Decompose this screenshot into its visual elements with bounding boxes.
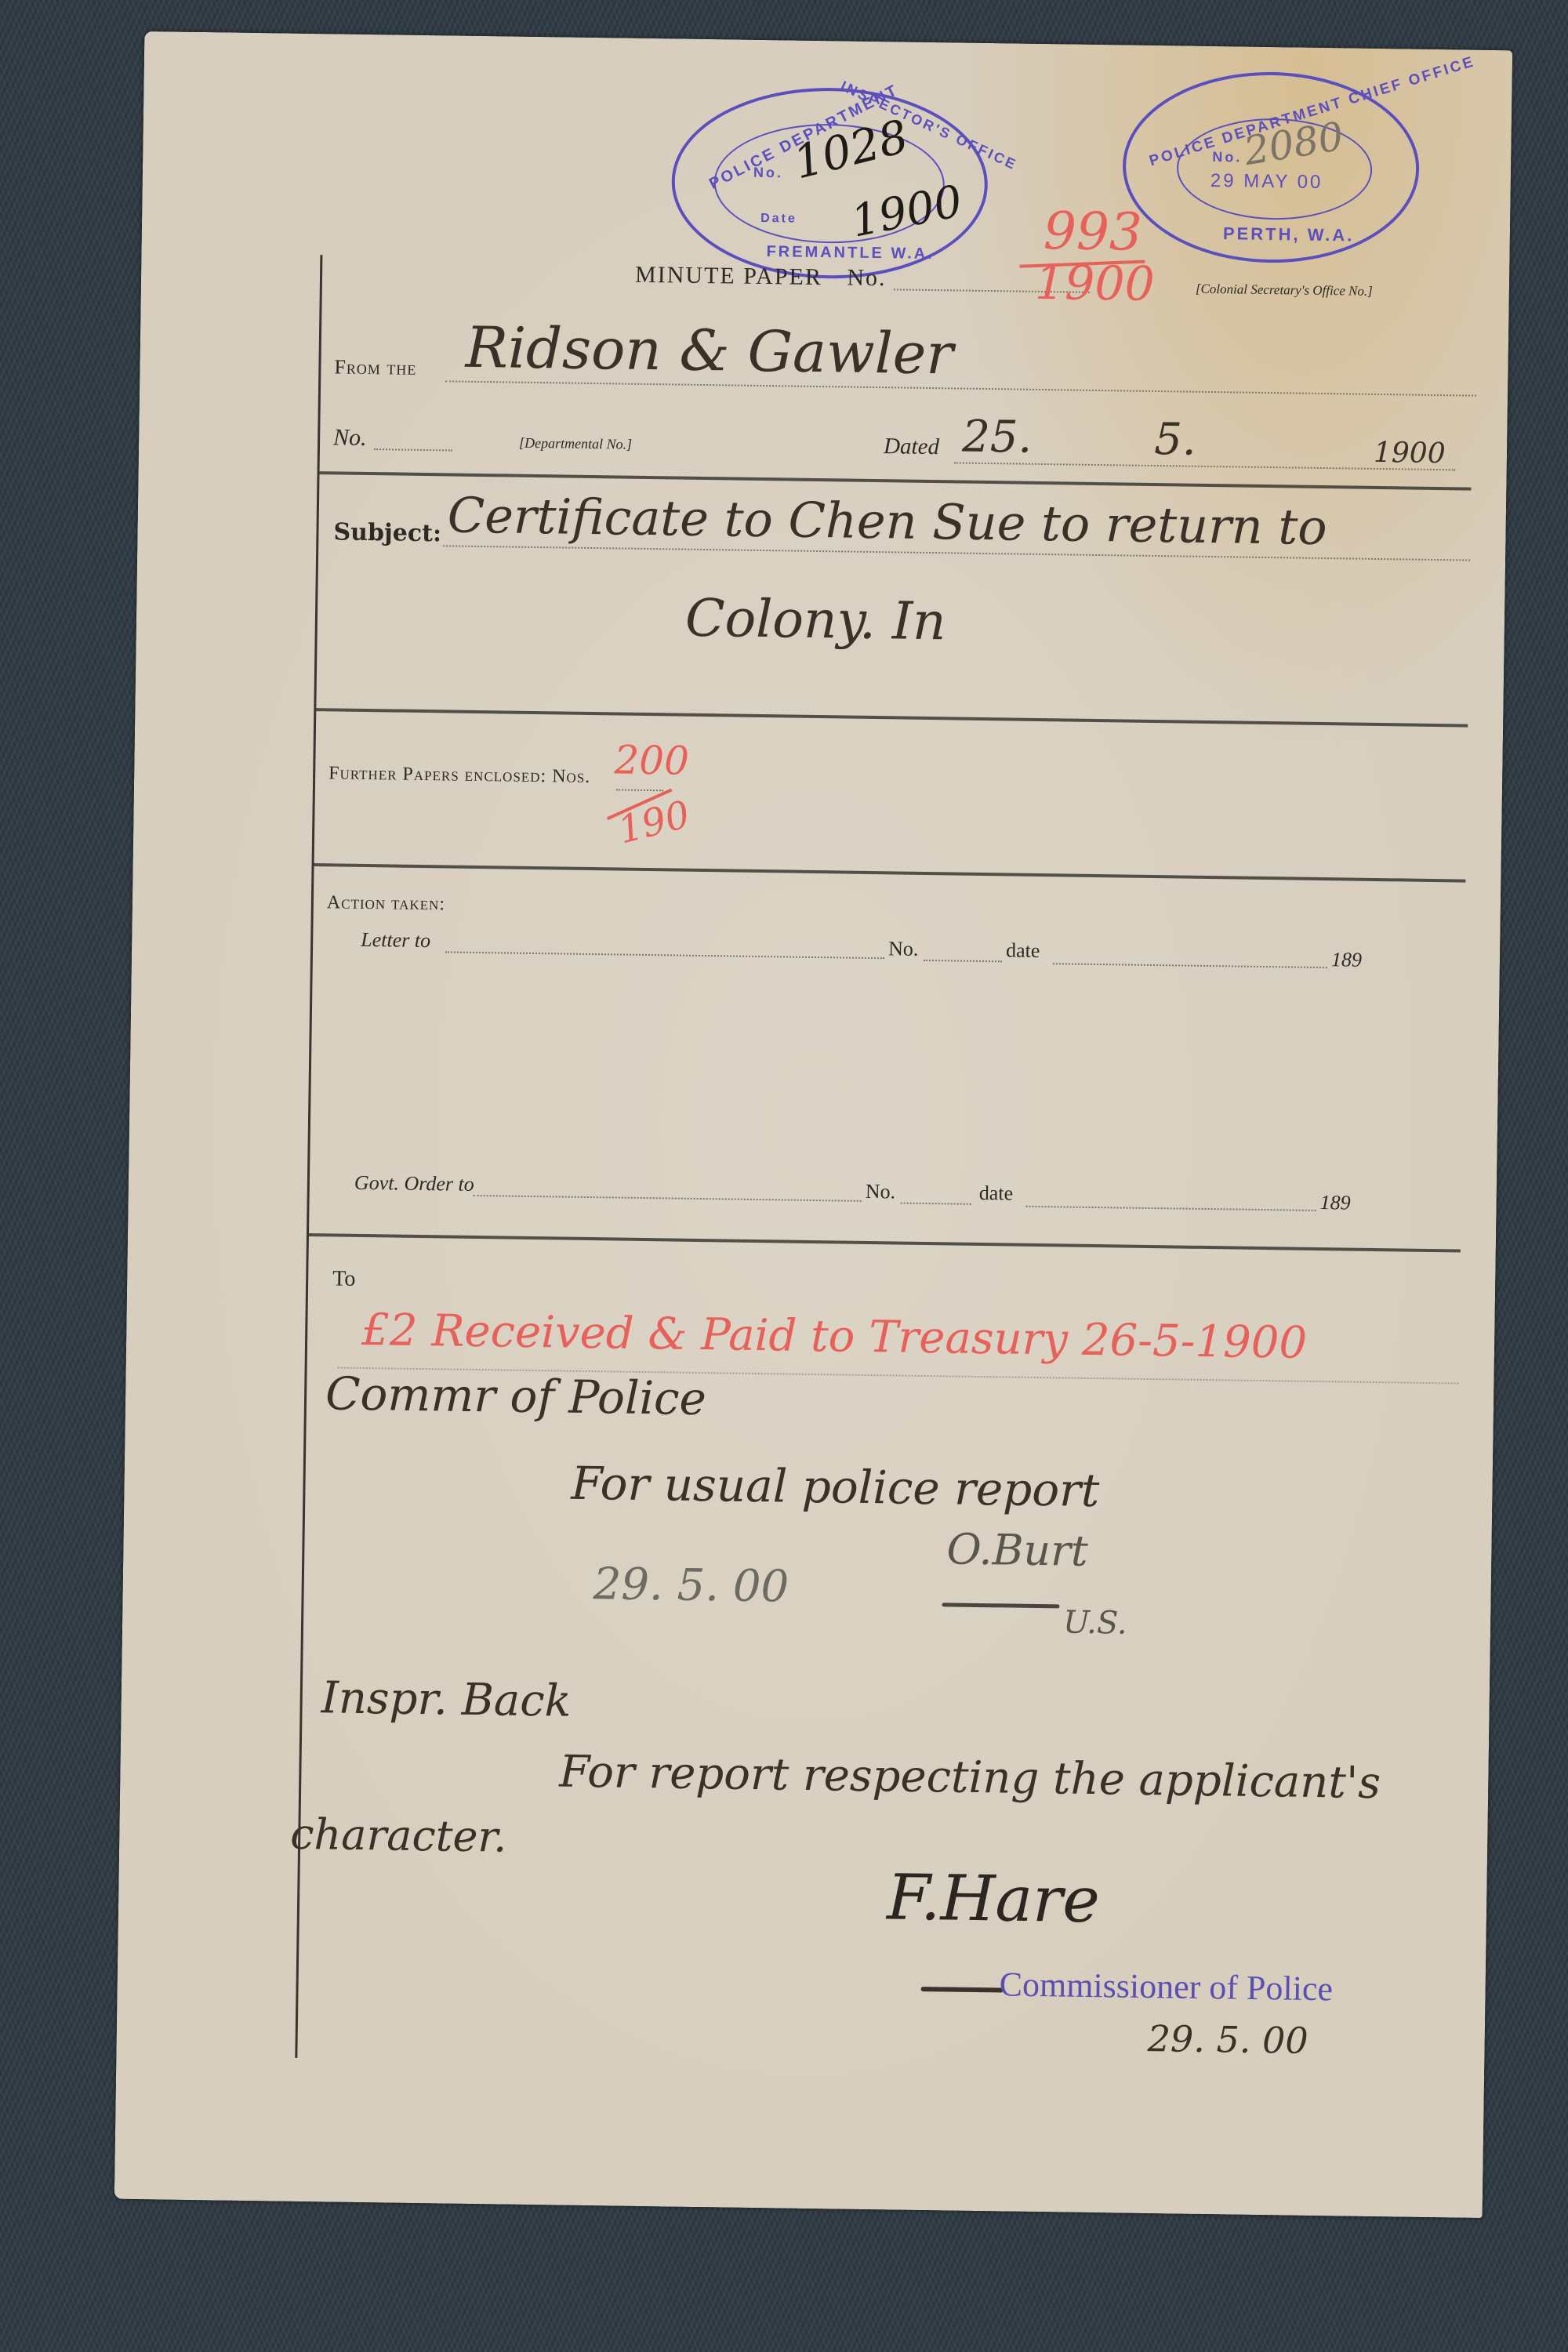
fremantle-inspector-stamp: POLICE DEPARTMENT INSPECTOR'S OFFICE FRE…: [670, 85, 989, 281]
to-label: To: [332, 1266, 356, 1291]
further-papers-number: 200: [614, 737, 689, 783]
minute2-body-line2: character.: [290, 1809, 507, 1862]
minute1-signature: O.Burt: [946, 1524, 1088, 1576]
minute1-date: 29. 5. 00: [593, 1559, 789, 1612]
govt-order-no-line: [901, 1203, 971, 1205]
colonial-secretary-label: [Colonial Secretary's Office No.]: [1196, 281, 1373, 299]
letter-date-line: [1053, 963, 1327, 968]
commissioner-title-stamp: Commissioner of Police: [999, 1964, 1333, 2009]
further-papers-label: Further Papers enclosed: Nos.: [328, 763, 590, 788]
departmental-no-line: [374, 448, 452, 451]
dated-month: 5.: [1154, 414, 1196, 466]
letter-to-line: [445, 951, 884, 959]
stamp-bottom-text: PERTH, W.A.: [1223, 223, 1355, 245]
subject-label: Subject:: [333, 518, 441, 547]
treasury-receipt-note: £2 Received & Paid to Treasury 26-5-1900: [361, 1305, 1308, 1369]
minute-paper-title: MINUTE PAPER No.: [635, 262, 887, 292]
minute-paper-year: 1900: [1035, 256, 1156, 312]
section-divider: [308, 1233, 1461, 1253]
departmental-no-label: No.: [333, 424, 367, 452]
departmental-no-hint: [Departmental No.]: [519, 435, 632, 453]
dated-day: 25.: [962, 412, 1033, 463]
from-value: Ridson & Gawler: [465, 314, 953, 387]
govt-order-year-prefix: 189: [1319, 1191, 1350, 1215]
minute1-body: For usual police report: [571, 1457, 1100, 1517]
stamp-bottom-text: FREMANTLE W.A.: [766, 243, 935, 263]
stamp-no-label: No.: [1212, 149, 1242, 166]
left-margin-rule: [295, 255, 322, 2058]
letter-no-label: No.: [888, 937, 919, 961]
dated-label: Dated: [884, 434, 939, 460]
minute1-addressee: Commr of Police: [325, 1367, 707, 1425]
minute2-date: 29. 5. 00: [1147, 2017, 1308, 2062]
govt-order-date-line: [1026, 1206, 1316, 1211]
stamp-date-label: Date: [760, 212, 797, 227]
perth-chief-office-stamp: POLICE DEPARTMENT CHIEF OFFICE PERTH, W.…: [1121, 70, 1420, 264]
title-no-label: No.: [847, 264, 887, 291]
further-papers-line: [616, 789, 663, 791]
govt-order-date-label: date: [979, 1181, 1014, 1206]
govt-order-no-label: No.: [866, 1180, 896, 1204]
subject-line-1: Certificate to Chen Sue to return to: [447, 486, 1327, 556]
stamp-no-label: No.: [753, 165, 783, 182]
stamp-date: 29 MAY 00: [1210, 170, 1323, 194]
minute-paper-sheet: POLICE DEPARTMENT INSPECTOR'S OFFICE FRE…: [114, 31, 1512, 2218]
govt-order-line: [474, 1195, 862, 1202]
letter-date-label: date: [1006, 938, 1040, 963]
letter-to-label: Letter to: [361, 928, 430, 953]
letter-no-line: [924, 960, 1002, 962]
section-divider: [314, 863, 1466, 883]
minute-paper-number: 993: [1043, 201, 1142, 263]
minute1-signature-flourish: [942, 1602, 1059, 1608]
dated-year: 1900: [1374, 437, 1446, 470]
title-prefix: MINUTE PAPER: [635, 262, 822, 290]
subject-line-2: Colony. In: [684, 588, 946, 652]
minute2-signature-underline: [921, 1987, 1004, 1992]
action-taken-label: Action taken:: [327, 892, 446, 915]
minute2-signature: F.Hare: [887, 1860, 1101, 1936]
further-papers-year: 190: [614, 793, 695, 853]
minute2-body-line1: For report respecting the applicant's: [559, 1747, 1381, 1809]
minute1-initials: U.S.: [1063, 1605, 1127, 1642]
from-label: From the: [334, 355, 416, 379]
minute2-addressee: Inspr. Back: [321, 1672, 572, 1726]
section-divider: [315, 708, 1468, 728]
from-line: [445, 380, 1476, 396]
govt-order-label: Govt. Order to: [354, 1171, 474, 1196]
letter-year-prefix: 189: [1331, 948, 1362, 972]
